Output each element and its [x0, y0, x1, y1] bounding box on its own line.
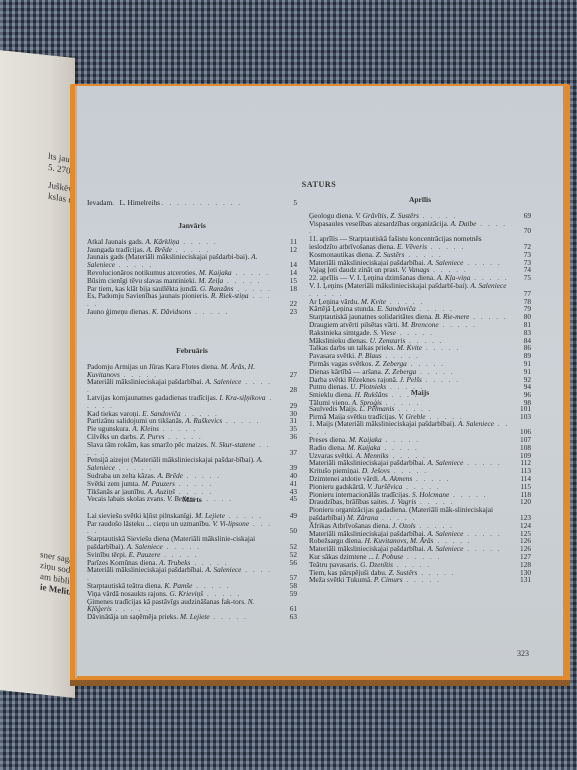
entry-title: Materiāli mākslinieciskajai pašdarbībai.	[87, 378, 204, 386]
toc-entry: Slava tām rokām, kas smaržo pēc maizes. …	[87, 441, 297, 457]
leader-dots: . . . . .	[190, 559, 228, 567]
toc-entry: 22. aprīlis — V. I. Ļeņina dzimšanas die…	[309, 274, 531, 282]
toc-entry: Revolucionāros notikumus atceroties. M. …	[87, 269, 297, 277]
leader-dots: . . . . .	[234, 285, 272, 293]
entry-author: G. Krieviņš	[169, 590, 203, 598]
leader-dots: . . . . .	[160, 551, 198, 559]
entry-title: Partizānu salidojumi un tikšanās.	[87, 417, 183, 425]
toc-entry: Materiāli mākslinieciskajai pašdarbībai.…	[309, 259, 531, 267]
entry-title: Cilvēks un darbs.	[87, 433, 138, 441]
toc-entry: Robežsargu diena. H. Kuvitanovs, M. Ārās…	[309, 537, 531, 545]
leader-dots: . . . . .	[422, 376, 460, 384]
entry-title: Uzvaras svētki.	[309, 452, 354, 460]
right-column: Maijs Saulvedis Maijs. L. Pēlmanis . . .…	[309, 389, 531, 584]
entry-page: 75	[511, 274, 531, 282]
entry-author: V. Greble	[398, 413, 425, 421]
entry-author: A. Saleniece	[205, 378, 241, 386]
leader-dots: . . . . .	[403, 553, 441, 561]
entry-title: Pavasara svētki.	[309, 352, 356, 360]
toc-entry: Latvijas komjaunatnes gadadienas tradīci…	[87, 394, 297, 410]
leader-dots: . . . . .	[396, 329, 434, 337]
entry-author: E. Sandoviča	[142, 410, 181, 418]
entry-author: E. Pauzere	[129, 551, 161, 559]
leader-dots: . . . . .	[434, 537, 472, 545]
entry-title: Draudzības, brālības saites.	[309, 498, 389, 506]
toc-entry: Kad tiekas varoņi. E. Sandoviča . . . . …	[87, 410, 297, 418]
toc-entry: Sudraba un zelta kāzas. A. Brēde . . . .…	[87, 472, 297, 480]
toc-entry: Dienas kārtībā — aršana. Z. Zeberga . . …	[309, 368, 531, 376]
entry-author: U. Zemzaris	[370, 337, 406, 345]
entry-title: Tiem, kas pārspējuši dabu.	[309, 569, 387, 577]
toc-entry: Materiāli mākslinieciskajai pašdarbībai.…	[309, 545, 531, 553]
toc-entry: Preses diena. M. Kaijaka . . . . .107	[309, 436, 531, 444]
leader-dots: . . . . .	[175, 480, 213, 488]
leader-dots: . . . . .	[416, 522, 454, 530]
entry-author: M. Zeiļa	[198, 277, 223, 285]
entry-page: 70	[511, 227, 531, 235]
leader-dots: . . . . .	[191, 308, 229, 316]
entry-author: M. Zārana	[347, 513, 378, 522]
entry-author: A. Saleniece	[470, 282, 506, 290]
toc-entry: Atkal Jaunais gads. A. Kārkliņa . . . . …	[87, 238, 297, 246]
entry-title: Preses diena.	[309, 436, 347, 444]
entry-author: B. Rie-mere	[435, 313, 470, 321]
leader-dots: . . . . .	[417, 569, 455, 577]
leader-dots: . . . . .	[449, 491, 487, 499]
entry-title: Materiāli mākslinieciskajai pašdarbībai.	[309, 259, 426, 267]
entry-title: Pie ugunskura.	[87, 425, 130, 433]
leader-dots: . . . . .	[390, 467, 428, 475]
entry-author: A. Saleniece	[427, 259, 463, 267]
entry-author: M. Kaijaka	[349, 436, 382, 444]
toc-entry: Pionieru organizācijas gadadiena. (Mater…	[309, 506, 531, 522]
spine-gutter	[75, 86, 77, 678]
toc-entry: Svinību tērpi. E. Pauzere . . . . .52	[87, 551, 297, 559]
leader-dots: . . . . .	[222, 417, 260, 425]
leader-dots: . . . . .	[416, 498, 454, 506]
section-heading-marts: Marts	[87, 496, 297, 504]
book-cover-shadow	[70, 680, 570, 686]
entry-title: Pirmās vagas svētkos.	[309, 360, 373, 368]
toc-entry: Materiāli mākslinieciskajai pašdarbībai.…	[87, 378, 297, 394]
toc-entry: Uzvaras svētki. A. Menniks . . . . .109	[309, 452, 531, 460]
entry-title: Darba svētki Rēzeknes rajonā.	[309, 376, 398, 384]
leader-dots: . . . . .	[172, 246, 210, 254]
leader-dots: . . . . .	[463, 459, 501, 467]
toc-entry: Par tiem, kas klāt bija saullēkta jundā.…	[87, 285, 297, 293]
leader-dots: . . . . .	[389, 452, 427, 460]
leader-dots: . . . . .	[404, 251, 442, 259]
entry-title: Vajag ļoti daudz zināt un prast.	[309, 266, 399, 274]
toc-entry: Meža svētki Tukumā. P. Cimurs . . . . .1…	[309, 576, 531, 584]
entry-author: I. Kra-siļņikova	[219, 394, 265, 402]
section-heading-aprilis: Aprīlis	[309, 196, 531, 204]
leader-dots: . . . . .	[463, 259, 501, 267]
toc-entry: Materiāli mākslinieciskajai pašdarbībai.…	[309, 530, 531, 538]
toc-entry: Dzimtenei atdotie vārdi. A. Akmens . . .…	[309, 475, 531, 483]
leader-dots: . . . . .	[426, 413, 464, 421]
leader-dots: . . . . .	[402, 483, 440, 491]
leader-dots: . . . . .	[439, 321, 477, 329]
entry-author: A. Saleniece	[427, 545, 463, 553]
toc-entry: Mākslinieku dienas. U. Zemzaris . . . . …	[309, 337, 531, 345]
entry-title: Kosmonautikas diena.	[309, 251, 374, 259]
entry-title: Materiāli mākslinieciskajai pašdarbībai.	[87, 566, 204, 574]
entry-page: 28	[277, 386, 297, 394]
toc-entry: Es, Padomju Savienības jaunais pionieris…	[87, 292, 297, 308]
toc-entry: Pavasara svētki. P. Blaus . . . . .89	[309, 352, 531, 360]
entry-author: N. Skur-statene	[210, 441, 255, 449]
leader-dots: . . . . .	[381, 444, 419, 452]
entry-page: 27	[277, 371, 297, 379]
leader-dots: . . . . .	[403, 576, 441, 584]
leader-dots: . . . . .	[210, 613, 248, 621]
leader-dots: . . . . .	[378, 513, 416, 522]
section-aprilis: Ģeologu diena. V. Grāvītis, Z. Sustērs .…	[309, 212, 531, 407]
toc-entry: Materiāli mākslinieciskajai pašdarbībai.…	[309, 459, 531, 467]
leader-dots: . . . . .	[470, 274, 508, 282]
toc-entry: Jaungada tradīcijas. A. Brēde . . . . .1…	[87, 246, 297, 254]
page-number: 323	[517, 649, 529, 658]
entry-page: 5	[277, 198, 297, 207]
leader-dots: . . . . .	[382, 436, 420, 444]
leader-dots: . . . . .	[164, 433, 202, 441]
leader-dots: . . . . .	[416, 368, 454, 376]
entry-author: A. Kārkliņa	[145, 238, 179, 246]
entry-author: A. Auziņš	[148, 488, 175, 496]
leader-dots: . . . . .	[422, 344, 460, 352]
entry-author: A. Akmens	[382, 475, 413, 483]
entry-author: I. Pobuse	[376, 553, 404, 561]
entry-title: Jauno ģimeņu dienas.	[87, 308, 150, 316]
entry-author: A. Saleniece	[427, 530, 463, 538]
entry-author: M. Kaijaka	[348, 444, 381, 452]
toc-entry: Padomju Armijas un Jūras Kara Flotes die…	[87, 363, 297, 379]
entry-title: Saulvedis Maijs.	[309, 405, 358, 413]
entry-title: Viņa vārdā nosaukts rajons.	[87, 590, 168, 598]
entry-author: Z. Zeberga	[375, 360, 407, 368]
entry-page: 12	[277, 246, 297, 254]
entry-page: 50	[277, 527, 297, 535]
section-heading-janvaris: Janvāris	[87, 222, 297, 230]
entry-title: Rakstnieka simtgade.	[309, 329, 371, 337]
left-column: Februāris Padomju Armijas un Jūras Kara …	[87, 347, 297, 503]
entry-title: Būsim cienīgi tēvu slavas mantinieki.	[87, 277, 197, 285]
entry-page: 103	[511, 413, 531, 421]
entry-author: A. Brēde	[146, 246, 172, 254]
toc-entry: V. I. Ļeņins (Materiāli mākslinieciskaja…	[309, 282, 531, 298]
section-heading-februaris: Februāris	[87, 347, 297, 355]
entry-title: Atkal Jaunais gads.	[87, 238, 144, 246]
entry-author: A. Saleniece	[205, 566, 241, 574]
leader-dots: . . . . .	[120, 370, 158, 379]
section-heading-maijs: Maijs	[309, 389, 531, 397]
toc-entry: 1. Maijs (Materiāli mākslinieciskajai pa…	[309, 420, 531, 436]
section-janvaris: Atkal Jaunais gads. A. Kārkliņa . . . . …	[87, 238, 297, 316]
entry-title: Pionieru internacionālās tradīcijas.	[309, 491, 410, 499]
leader-dots: . . . . .	[394, 405, 432, 413]
entry-title: Robežsargu diena.	[309, 537, 363, 545]
entry-author: J. Ozols	[392, 522, 416, 530]
entry-author: S. Viese	[373, 329, 396, 337]
entry-page: 49	[277, 512, 297, 520]
toc-entry: Lai sieviešu svētki kļūst pilnskanīgi. M…	[87, 512, 297, 520]
leader-dots: . . . . .	[159, 425, 197, 433]
entry-title: Kārtējā Ļeņina stunda.	[309, 305, 375, 313]
entry-author: L. Himelreihs	[119, 198, 160, 207]
toc-entry: Vispasaules veselības aizsardzības organ…	[309, 220, 531, 236]
entry-title: Materiāli mākslinieciskajai pašdarbībai.	[309, 459, 426, 467]
intro-entry: Ievadam. L. Himelreihs . . . . . . . . .…	[87, 198, 297, 207]
leader-dots: . . . . .	[163, 542, 201, 551]
entry-title: Talkas darbs un talkas prieks.	[309, 344, 395, 352]
toc-entry: Jaunais gads (Materiāli mākslinieciskaja…	[87, 253, 297, 269]
section-februaris: Padomju Armijas un Jūras Kara Flotes die…	[87, 363, 297, 503]
toc-entry: Būsim cienīgi tēvu slavas mantinieki. M.…	[87, 277, 297, 285]
entry-title: Par raudošo lāsteku ... cieņu un uzmanīb…	[87, 520, 211, 528]
entry-author: A. Brēde	[157, 472, 183, 480]
entry-author: K. Pamše	[164, 582, 192, 590]
leader-dots: . . . . .	[419, 212, 457, 220]
entry-title: Svētki zem jumta.	[87, 480, 140, 488]
leader-dots: . . . . .	[469, 313, 507, 321]
leader-dots: . . . . .	[429, 266, 467, 274]
entry-author: M. Kaijaka	[199, 269, 232, 277]
toc-entry: Ar Ļeņina vārdu. M. Kvite . . . . .78	[309, 298, 531, 306]
toc-entry: Pensijā aizejot (Materiāli māksliniecisk…	[87, 456, 297, 472]
entry-author: K. Dāvidsons	[152, 308, 191, 316]
entry-page: 120	[511, 498, 531, 506]
toc-entry: Vajag ļoti daudz zināt un prast. V. Vana…	[309, 266, 531, 274]
entry-title: Kritušo piemiņai.	[309, 467, 360, 475]
entry-author: Z. Sustērs	[389, 569, 418, 577]
leader-dots: . . . . .	[179, 238, 217, 246]
entry-title: Draugiem atvērti pilsētas vārti.	[309, 321, 399, 329]
entry-title: Dienas kārtībā — aršana.	[309, 368, 383, 376]
toc-entry: Partizānu salidojumi un tikšanās. A. Raš…	[87, 417, 297, 425]
toc-entry: Darba svētki Rēzeknes rajonā. J. Pelšs .…	[309, 376, 531, 384]
entry-author: D. Ješovs	[362, 467, 390, 475]
entry-author: M. Lejiete	[195, 512, 225, 520]
entry-title: 1. Maijs (Materiāli mākslinieciskajai pa…	[309, 420, 456, 428]
toc-entry: Kārtējā Ļeņina stunda. E. Sandoviča . . …	[309, 305, 531, 313]
entry-title: Starptautiskā jaunatnes solidaritātes di…	[309, 313, 433, 321]
entry-author: L. Pēlmanis	[359, 405, 394, 413]
entry-title: Meža svētki Tukumā.	[309, 576, 372, 584]
toc-entry: Saulvedis Maijs. L. Pēlmanis . . . . .10…	[309, 405, 531, 413]
toc-entry: Kosmonautikas diena. Z. Sustērs . . . . …	[309, 251, 531, 259]
entry-author: S. Holcmane	[412, 491, 449, 499]
entry-author: M. Brencone	[401, 321, 438, 329]
entry-author: Z. Purvs	[140, 433, 165, 441]
entry-author: V. Juršēvica	[367, 483, 402, 491]
toc-entry: Draudzības, brālības saites. J. Vagris .…	[309, 498, 531, 506]
entry-title: Svinību tērpi.	[87, 551, 127, 559]
toc-entry: Pirmā Maija svētku tradīcijas. V. Greble…	[309, 413, 531, 421]
toc-entry: Pionieru internacionālās tradīcijas. S. …	[309, 491, 531, 499]
toc-entry: Ģeologu diena. V. Grāvītis, Z. Sustērs .…	[309, 212, 531, 220]
entry-title: Materiāli mākslinieciskajai pašdarbībai.	[309, 530, 426, 538]
entry-title: Kur sākas dzimtene ...	[309, 553, 374, 561]
leader-dots: . . . . .	[393, 561, 431, 569]
entry-page: 59	[277, 590, 297, 598]
entry-title: Ģeologu diena.	[309, 212, 354, 220]
toc-entry: Tiem, kas pārspējuši dabu. Z. Sustērs . …	[309, 569, 531, 577]
leader-dots: . . . . .	[183, 472, 221, 480]
leader-dots: . . . . .	[386, 298, 424, 306]
toc-entry: Rakstnieka simtgade. S. Viese . . . . .8…	[309, 329, 531, 337]
leader-dots: . . . . .	[407, 360, 445, 368]
leader-dots: . . . . .	[181, 410, 219, 418]
entry-author: R. Riek-stiņa	[211, 292, 249, 300]
toc-entry: Jauno ģimeņu dienas. K. Dāvidsons . . . …	[87, 308, 297, 316]
toc-entry: Svētki zem jumta. M. Pauzers . . . . .41	[87, 480, 297, 488]
toc-entry: Starptautiskā teātra diena. K. Pamše . .…	[87, 582, 297, 590]
leader-dots: . . . . .	[309, 289, 343, 298]
leader-dots: . . . . .	[405, 337, 443, 345]
leader-dots: . . . . .	[416, 305, 454, 313]
entry-author: P. Blaus	[358, 352, 382, 360]
leader-dots: . . . . .	[463, 530, 501, 538]
toc-entry: Viņa vārdā nosaukts rajons. G. Krieviņš …	[87, 590, 297, 598]
entry-page: 36	[277, 433, 297, 441]
entry-title: Es, Padomju Savienības jaunais pionieris…	[87, 292, 209, 300]
toc-entry: Pie ugunskura. A. Kleins . . . . .35	[87, 425, 297, 433]
leader-dots: . . . . .	[223, 277, 261, 285]
toc-entry: Pirmās vagas svētkos. Z. Zeberga . . . .…	[309, 360, 531, 368]
leader-dots: . . . . .	[203, 590, 241, 598]
entry-author: A. Saleniece	[427, 459, 463, 467]
entry-author: M. Kvite	[361, 298, 386, 306]
entry-page: 37	[277, 449, 297, 457]
entry-author: A. Menniks	[356, 452, 389, 460]
entry-title: Tikšanās ar jaunību.	[87, 488, 146, 496]
toc-entry: Ģimenes tradīcijas kā pastāvīgs audzināš…	[87, 598, 297, 614]
entry-title: Pirmā Maija svētku tradīcijas.	[309, 413, 397, 421]
toc-entry: Kritušo piemiņai. D. Ješovs . . . . .113	[309, 467, 531, 475]
entry-title: Teātru pavasaris.	[309, 561, 358, 569]
toc-entry: Parīzes Komūnas diena. A. Trubeks . . . …	[87, 559, 297, 567]
page-title: SATURS	[75, 180, 563, 189]
entry-title: Ievadam.	[87, 198, 114, 207]
leader-dots: . . . . .	[382, 352, 420, 360]
entry-title: Par tiem, kas klāt bija saullēkta jundā.	[87, 285, 198, 293]
entry-title: Dāvinātāja un saņēmēja prieks.	[87, 613, 178, 621]
entry-title: Jaungada tradīcijas.	[87, 246, 145, 254]
toc-entry: Starptautiskā jaunatnes solidaritātes di…	[309, 313, 531, 321]
entry-title: Revolucionāros notikumus atceroties.	[87, 269, 197, 277]
toc-entry: Teātru pavasaris. G. Dzenītis . . . . .1…	[309, 561, 531, 569]
entry-author: A. Kleins	[132, 425, 159, 433]
section-maijs: Saulvedis Maijs. L. Pēlmanis . . . . .10…	[309, 405, 531, 584]
entry-title: Dzimtenei atdotie vārdi.	[309, 475, 380, 483]
toc-entry: Cilvēks un darbs. Z. Purvs . . . . .36	[87, 433, 297, 441]
leader-dots: . . . . .	[225, 512, 263, 520]
entry-title: Parīzes Komūnas diena.	[87, 559, 157, 567]
entry-title: 22. aprīlis — V. I. Ļeņina dzimšanas die…	[309, 274, 435, 282]
toc-entry: Par raudošo lāsteku ... cieņu un uzmanīb…	[87, 520, 297, 536]
left-column: Janvāris Atkal Jaunais gads. A. Kārkliņa…	[87, 222, 297, 316]
entry-author: G. Dzenītis	[360, 561, 393, 569]
entry-page: 63	[277, 613, 297, 621]
entry-page: 56	[277, 559, 297, 567]
toc-entry: Dāvinātāja un saņēmēja prieks. M. Lejiet…	[87, 613, 297, 621]
entry-author: A. Raškevics	[185, 417, 222, 425]
leader-dots: . . . . .	[412, 475, 450, 483]
entry-title: Ar Ļeņina vārdu.	[309, 298, 359, 306]
entry-title: Sudraba un zelta kāzas.	[87, 472, 155, 480]
entry-author: M. Pauzers	[142, 480, 175, 488]
entry-author: P. Cimurs	[374, 576, 403, 584]
entry-author: Z. Zeberga	[385, 368, 417, 376]
entry-page: 131	[511, 576, 531, 584]
toc-entry: Materiāli mākslinieciskajai pašdarbībai.…	[87, 566, 297, 582]
entry-author: A. Saleniece	[458, 420, 494, 428]
entry-author: H. Kuvitanovs, M. Ārās	[365, 537, 434, 545]
entry-title: Materiāli mākslinieciskajai pašdarbībai.	[309, 545, 426, 553]
entry-author: A. Daibe	[450, 220, 476, 228]
entry-title: Pionieru gadskārtā.	[309, 483, 365, 491]
entry-author: E. Vēveris	[397, 242, 427, 251]
entry-author: J. Pelšs	[400, 376, 422, 384]
entry-title: Radio diena.	[309, 444, 346, 452]
left-column: Marts Lai sieviešu svētki kļūst pilnskan…	[87, 496, 297, 621]
entry-title: Kad tiekas varoņi.	[87, 410, 140, 418]
toc-entry: Kur sākas dzimtene ... I. Pobuse . . . .…	[309, 553, 531, 561]
left-page: lts jaunajām 5. 270 lpp. Juškēvica. I. k…	[0, 49, 75, 698]
leader-dots: . . . . .	[232, 269, 270, 277]
entry-author: V. Vi-lipsone	[212, 520, 249, 528]
entry-author: A. Saleniece	[127, 542, 163, 551]
entry-author: E. Sandoviča	[377, 305, 416, 313]
toc-entry: Pionieru gadskārtā. V. Juršēvica . . . .…	[309, 483, 531, 491]
leader-dots: . . . . .	[112, 604, 150, 613]
entry-title: Mākslinieku dienas.	[309, 337, 368, 345]
leader-dots: . . . . .	[463, 545, 501, 553]
leader-dots: . . . . .	[192, 582, 230, 590]
entry-author: G. Ranzāns	[200, 285, 234, 293]
entry-author: V. Grāvītis, Z. Sustērs	[355, 212, 419, 220]
entry-page: 69	[511, 212, 531, 220]
leader-dots: . . . . .	[115, 463, 153, 472]
entry-title: Starptautiskā teātra diena.	[87, 582, 163, 590]
section-marts: Lai sieviešu svētki kļūst pilnskanīgi. M…	[87, 512, 297, 621]
entry-author: J. Vagris	[391, 498, 417, 506]
entry-author: Z. Sustērs	[376, 251, 405, 259]
leader-dots: . . . . .	[115, 260, 153, 269]
entry-author: M. Kvite	[397, 344, 422, 352]
toc-entry: Āfrikas Atbrīvošanas diena. J. Ozols . .…	[309, 522, 531, 530]
entry-author: A. Kļa-viņa	[437, 274, 471, 282]
entry-page: 18	[277, 285, 297, 293]
contents-page: SATURS Ievadam. L. Himelreihs . . . . . …	[75, 86, 563, 676]
toc-entry: Talkas darbs un talkas prieks. M. Kvite …	[309, 344, 531, 352]
leader-dots: . . . . .	[427, 242, 465, 251]
toc-entry: Radio diena. M. Kaijaka . . . . .108	[309, 444, 531, 452]
entry-author: V. Vanags	[401, 266, 429, 274]
toc-entry: Starptautiskā Sieviešu diena (Materiāli …	[87, 535, 297, 551]
entry-title: Lai sieviešu svētki kļūst pilnskanīgi.	[87, 512, 193, 520]
entry-author: M. Lejiete	[180, 613, 210, 621]
entry-page: 23	[277, 308, 297, 316]
entry-author: A. Trubeks	[159, 559, 190, 567]
entry-title: Vispasaules veselības aizsardzības organ…	[309, 220, 449, 228]
toc-entry: Draugiem atvērti pilsētas vārti. M. Bren…	[309, 321, 531, 329]
entry-title: Āfrikas Atbrīvošanas diena.	[309, 522, 390, 530]
toc-entry: 11. aprīlis — Starptautiskā fašistu konc…	[309, 235, 531, 251]
right-column: Aprīlis Ģeologu diena. V. Grāvītis, Z. S…	[309, 196, 531, 407]
